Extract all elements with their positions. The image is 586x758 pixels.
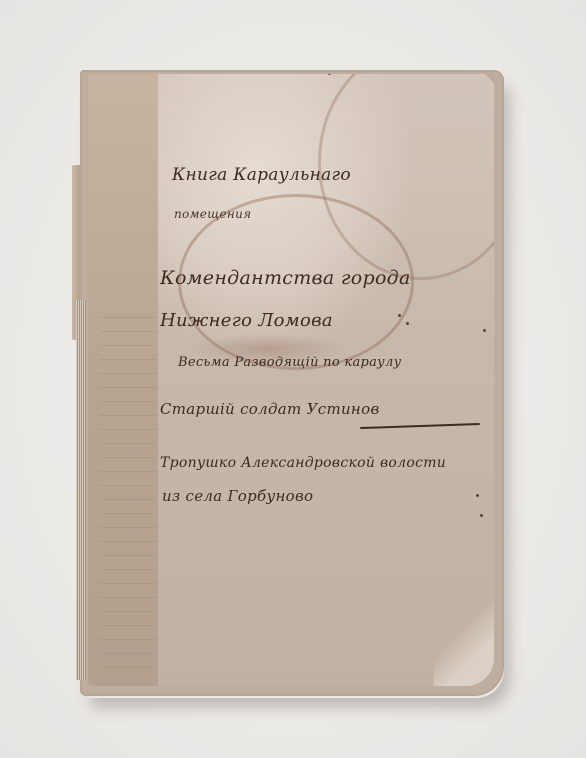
ink-fleck — [406, 322, 409, 325]
inscription-line: из села Горбуново — [162, 487, 313, 505]
ruled-lines — [100, 304, 156, 674]
ink-fleck — [398, 314, 401, 317]
inscription-line: Нижнего Ломова — [160, 310, 333, 331]
cover-left-panel — [88, 74, 158, 686]
inscription-line: Старшій солдат Устинов — [160, 400, 379, 418]
ink-fleck — [476, 494, 479, 497]
worn-corner — [434, 596, 494, 686]
inscription-line: Комендантства города — [160, 267, 411, 289]
inscription-line: помещения — [174, 207, 251, 221]
inscription-line: Весьма Разводящій по караулу — [178, 355, 401, 370]
ink-fleck — [483, 329, 486, 332]
ink-fleck — [480, 514, 483, 517]
inscription-line: Книга Караульнаго — [172, 165, 351, 185]
inscription-line: Тропушко Александровской волости — [160, 455, 446, 471]
page-edges — [76, 300, 86, 680]
